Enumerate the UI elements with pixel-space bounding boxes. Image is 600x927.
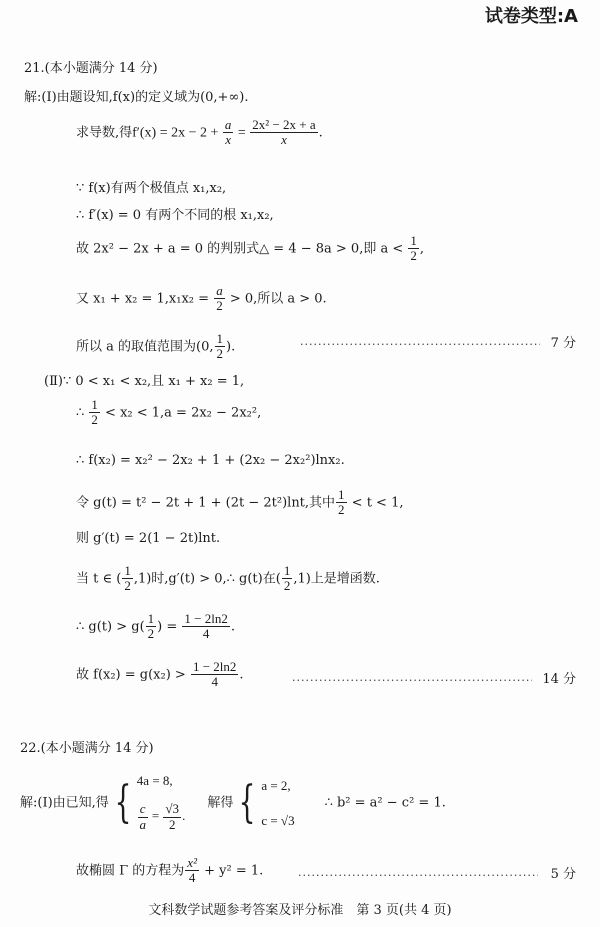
fraction: 2x² − 2x + ax bbox=[250, 118, 317, 148]
denominator: 2 bbox=[91, 413, 98, 427]
text: 解:(Ⅰ)由已知,得 bbox=[20, 796, 109, 811]
denominator: 2 bbox=[216, 299, 223, 313]
q21-part2-intro: (Ⅱ)∵ 0 < x₁ < x₂,且 x₁ + x₂ = 1, bbox=[44, 375, 244, 388]
text: . bbox=[231, 619, 235, 634]
numerator: x² bbox=[185, 856, 199, 871]
numerator: a bbox=[223, 118, 234, 133]
numerator: 1 bbox=[89, 398, 100, 413]
numerator: a bbox=[214, 284, 225, 299]
score-7: 7 分 bbox=[551, 337, 576, 350]
equation-system-1: 4a = 8, ca = √32. bbox=[137, 774, 186, 832]
numerator: √3 bbox=[163, 802, 181, 817]
fraction: 12 bbox=[215, 332, 226, 362]
leader-dots: ········································… bbox=[292, 675, 532, 686]
text: 所以 a 的取值范围为(0, bbox=[76, 339, 214, 354]
text: ,1)上是增函数. bbox=[293, 571, 380, 586]
numerator: 1 − 2ln2 bbox=[191, 660, 238, 675]
system-row: 4a = 8, bbox=[137, 774, 186, 787]
q21-part1-intro: 解:(Ⅰ)由题设知,f(x)的定义域为(0,+∞). bbox=[24, 91, 248, 104]
fraction: 12 bbox=[408, 234, 419, 264]
denominator: a bbox=[139, 818, 146, 832]
text: ) = bbox=[157, 619, 181, 634]
numerator: 1 bbox=[336, 488, 347, 503]
denominator: 2 bbox=[217, 347, 224, 361]
text: > 0,所以 a > 0. bbox=[226, 291, 327, 306]
fraction: 12 bbox=[282, 564, 293, 594]
fraction: 1 − 2ln24 bbox=[182, 612, 229, 642]
denominator: 2 bbox=[410, 249, 417, 263]
q21-derivative-line: 求导数,得f′(x) = 2x − 2 + ax = 2x² − 2x + ax… bbox=[76, 118, 323, 148]
text: < t < 1, bbox=[348, 495, 404, 510]
denominator: 2 bbox=[338, 503, 345, 517]
q21-monotonic-line: 当 t ∈ (12,1)时,g′(t) > 0,∴ g(t)在(12,1)上是增… bbox=[76, 564, 380, 594]
text: 求导数,得 bbox=[76, 125, 132, 140]
system-row: c = √3 bbox=[261, 814, 294, 827]
q22-system-line: 解:(Ⅰ)由已知,得{ 4a = 8, ca = √32. 解得{ a = 2,… bbox=[20, 774, 446, 832]
math: = bbox=[234, 125, 249, 140]
text: ). bbox=[226, 339, 235, 354]
numerator: 1 bbox=[122, 564, 133, 579]
numerator: 1 bbox=[215, 332, 226, 347]
paper-type-label: 试卷类型:A bbox=[485, 8, 578, 26]
page-footer: 文科数学试题参考答案及评分标准 第 3 页(共 4 页) bbox=[0, 904, 600, 917]
numerator: 1 bbox=[408, 234, 419, 249]
fraction: 12 bbox=[89, 398, 100, 428]
text: 故 f(x₂) = g(x₂) > bbox=[76, 667, 190, 682]
text: 令 g(t) = t² − 2t + 1 + (2t − 2t²)lnt,其中 bbox=[76, 495, 335, 510]
fraction: 12 bbox=[336, 488, 347, 518]
numerator: c bbox=[138, 802, 148, 817]
q21-g-def-line: 令 g(t) = t² − 2t + 1 + (2t − 2t²)lnt,其中1… bbox=[76, 488, 404, 518]
text: 故椭圆 Γ 的方程为 bbox=[76, 863, 184, 878]
q21-x2-range-line: ∴ 12 < x₂ < 1,a = 2x₂ − 2x₂², bbox=[76, 398, 261, 428]
system-row: ca = √32. bbox=[137, 802, 186, 832]
denominator: 2 bbox=[124, 579, 131, 593]
denominator: 2 bbox=[284, 579, 291, 593]
text: < x₂ < 1,a = 2x₂ − 2x₂², bbox=[101, 405, 261, 420]
q21-extrema-line: ∵ f(x)有两个极值点 x₁,x₂, bbox=[76, 182, 226, 195]
q21-range-line: 所以 a 的取值范围为(0,12). bbox=[76, 332, 235, 362]
q21-discriminant-line: 故 2x² − 2x + a = 0 的判别式△ = 4 − 8a > 0,即 … bbox=[76, 234, 424, 264]
equation-system-2: a = 2, c = √3 bbox=[261, 779, 294, 827]
q21-fx2-line: ∴ f(x₂) = x₂² − 2x₂ + 1 + (2x₂ − 2x₂²)ln… bbox=[76, 454, 345, 467]
leader-dots: ········································… bbox=[300, 339, 540, 350]
denominator: 4 bbox=[189, 871, 196, 885]
q22-heading: 22.(本小题满分 14 分) bbox=[20, 742, 154, 755]
text: ∴ bbox=[76, 405, 88, 420]
leader-dots: ········································… bbox=[298, 870, 538, 881]
fraction: ax bbox=[223, 118, 234, 148]
text: 又 x₁ + x₂ = 1,x₁x₂ = bbox=[76, 291, 213, 306]
numerator: 1 bbox=[282, 564, 293, 579]
fraction: x²4 bbox=[185, 856, 199, 886]
denominator: x bbox=[281, 133, 287, 147]
fraction: a2 bbox=[214, 284, 225, 314]
q21-conclusion-line: 故 f(x₂) = g(x₂) > 1 − 2ln24. bbox=[76, 660, 244, 690]
text: . bbox=[182, 808, 185, 823]
left-brace-icon: { bbox=[239, 781, 256, 825]
fraction: ca bbox=[138, 802, 148, 832]
fraction: 1 − 2ln24 bbox=[191, 660, 238, 690]
numerator: 1 − 2ln2 bbox=[182, 612, 229, 627]
text: = bbox=[149, 808, 163, 823]
denominator: 4 bbox=[203, 627, 210, 641]
text: + y² = 1. bbox=[200, 863, 263, 878]
numerator: 1 bbox=[146, 612, 157, 627]
numerator: 2x² − 2x + a bbox=[250, 118, 317, 133]
denominator: 2 bbox=[169, 818, 176, 832]
q21-roots-line: ∴ f′(x) = 0 有两个不同的根 x₁,x₂, bbox=[76, 209, 274, 222]
text: 故 2x² − 2x + a = 0 的判别式△ = 4 − 8a > 0,即 … bbox=[76, 241, 407, 256]
q21-vieta-line: 又 x₁ + x₂ = 1,x₁x₂ = a2 > 0,所以 a > 0. bbox=[76, 284, 327, 314]
denominator: 4 bbox=[211, 675, 218, 689]
denominator: x bbox=[225, 133, 231, 147]
q22-ellipse-line: 故椭圆 Γ 的方程为x²4 + y² = 1. bbox=[76, 856, 263, 886]
fraction: 12 bbox=[122, 564, 133, 594]
text: ,1)时,g′(t) > 0,∴ g(t)在( bbox=[134, 571, 281, 586]
q21-g-bound-line: ∴ g(t) > g(12) = 1 − 2ln24. bbox=[76, 612, 235, 642]
denominator: 2 bbox=[148, 627, 155, 641]
q21-g-derivative-line: 则 g′(t) = 2(1 − 2t)lnt. bbox=[76, 532, 220, 545]
text: 解得 bbox=[207, 796, 233, 811]
fraction: 12 bbox=[146, 612, 157, 642]
score-5: 5 分 bbox=[551, 868, 576, 881]
system-row: a = 2, bbox=[261, 779, 294, 792]
fraction: √32 bbox=[163, 802, 181, 832]
text: 当 t ∈ ( bbox=[76, 571, 121, 586]
left-brace-icon: { bbox=[114, 781, 131, 825]
score-14: 14 分 bbox=[542, 673, 576, 686]
q21-heading: 21.(本小题满分 14 分) bbox=[24, 62, 158, 75]
math: f′(x) = 2x − 2 + bbox=[132, 125, 222, 140]
text: ∴ g(t) > g( bbox=[76, 619, 145, 634]
text: , bbox=[420, 241, 424, 256]
text: ∴ b² = a² − c² = 1. bbox=[325, 796, 446, 811]
text: . bbox=[239, 667, 243, 682]
